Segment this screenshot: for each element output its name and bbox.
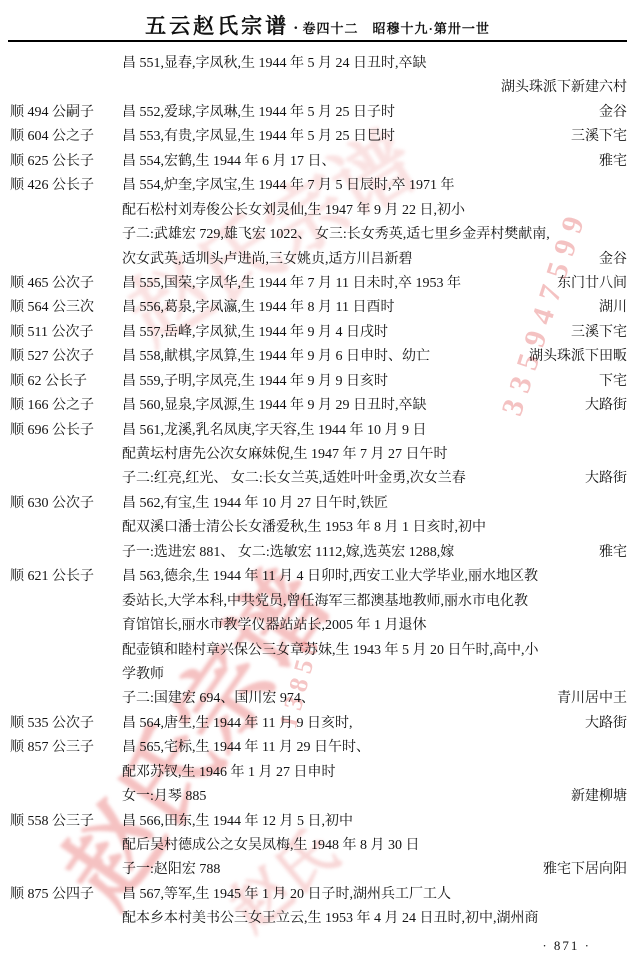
entry-row: 顺 696 公长子 昌 561,龙溪,乳名凤庚,字天容,生 1944 年 10 … <box>10 419 627 443</box>
entry-text: 配壶镇和睦村章兴保公三女章苏妹,生 1943 年 5 月 20 日午时,高中,小 <box>122 639 539 663</box>
entry-row: 子一:赵阳宏 788 雅宅下居向阳 <box>10 858 627 882</box>
entry-order-label: 顺 857 公三子 <box>10 736 122 760</box>
entry-text: 昌 556,葛泉,字凤瀛,生 1944 年 8 月 11 日酉时 <box>122 296 394 320</box>
entry-row: 配后吴村德成公之女吴凤梅,生 1948 年 8 月 30 日 <box>10 834 627 858</box>
entry-order-label: 顺 604 公之子 <box>10 125 122 149</box>
entry-place: 湖川 <box>599 296 627 320</box>
entry-text: 配黄坛村唐先公次女麻妹倪,生 1947 年 7 月 27 日午时 <box>122 443 448 467</box>
entry-row: 顺 564 公三次 昌 556,葛泉,字凤瀛,生 1944 年 8 月 11 日… <box>10 296 627 320</box>
entry-row: 委站长,大学本科,中共党员,曾任海军三都澳基地教师,丽水市电化教 <box>10 590 627 614</box>
entry-order-label: 顺 166 公之子 <box>10 394 122 418</box>
entry-row: 女一:月琴 885 新建柳塘 <box>10 785 627 809</box>
genealogy-page: 五云赵氏宗谱·卷四十二 昭穆十九·第卅一世 赵氏宗谱 335947599 赵氏宗… <box>0 0 635 968</box>
entry-row: 顺 426 公长子 昌 554,炉奎,字凤宝,生 1944 年 7 月 5 日辰… <box>10 174 627 198</box>
entry-text: 子二:国建宏 694、国川宏 974、 <box>122 687 315 711</box>
entry-text: 育馆馆长,丽水市教学仪器站站长,2005 年 1 月退休 <box>122 614 427 638</box>
entry-text: 昌 554,炉奎,字凤宝,生 1944 年 7 月 5 日辰时,卒 1971 年 <box>122 174 455 198</box>
entry-text: 子二:红亮,红光、 女二:长女兰英,适姓叶叶金勇,次女兰春 <box>122 467 466 491</box>
entry-order-label: 顺 564 公三次 <box>10 296 122 320</box>
entry-row: 配本乡本村美书公三女王立云,生 1953 年 4 月 24 日丑时,初中,湖州商 <box>10 907 627 931</box>
entry-row: 顺 535 公次子 昌 564,唐生,生 1944 年 11 月 9 日亥时, … <box>10 712 627 736</box>
entry-place: 新建柳塘 <box>571 785 627 809</box>
entry-text: 昌 554,宏鹤,生 1944 年 6 月 17 日、 <box>122 150 336 174</box>
entry-text: 昌 564,唐生,生 1944 年 11 月 9 日亥时, <box>122 712 352 736</box>
entry-row: 顺 875 公四子 昌 567,等军,生 1945 年 1 月 20 日子时,湖… <box>10 883 627 907</box>
entry-row: 次女武英,适圳头卢进尚,三女姚贞,适方川吕新碧 金谷 <box>10 248 627 272</box>
entry-text: 昌 565,宅标,生 1944 年 11 月 29 日午时、 <box>122 736 370 760</box>
entry-order-label: 顺 535 公次子 <box>10 712 122 736</box>
entry-text: 子一:选进宏 881、 女二:选敏宏 1112,嫁,选英宏 1288,嫁 <box>122 541 454 565</box>
entry-row: 配石松村刘寿俊公长女刘灵仙,生 1947 年 9 月 22 日,初小 <box>10 199 627 223</box>
header-divider <box>8 40 627 42</box>
entry-order-label: 顺 527 公次子 <box>10 345 122 369</box>
entry-text: 配石松村刘寿俊公长女刘灵仙,生 1947 年 9 月 22 日,初小 <box>122 199 465 223</box>
entry-order-label: 顺 465 公次子 <box>10 272 122 296</box>
page-number: · 871 · <box>542 938 591 954</box>
entry-row: 顺 558 公三子 昌 566,田东,生 1944 年 12 月 5 日,初中 <box>10 810 627 834</box>
entry-text: 昌 559,子明,字凤亮,生 1944 年 9 月 9 日亥时 <box>122 370 388 394</box>
title-separator: · <box>289 20 302 37</box>
entry-order-label: 顺 696 公长子 <box>10 419 122 443</box>
entry-text: 昌 552,爱球,字凤琳,生 1944 年 5 月 25 日子时 <box>122 101 395 125</box>
entry-row: 昌 551,显春,字凤秋,生 1944 年 5 月 24 日丑时,卒缺 <box>10 52 627 76</box>
entry-row: 配壶镇和睦村章兴保公三女章苏妹,生 1943 年 5 月 20 日午时,高中,小 <box>10 639 627 663</box>
entry-place: 三溪下宅 <box>571 321 627 345</box>
entry-row: 育馆馆长,丽水市教学仪器站站长,2005 年 1 月退休 <box>10 614 627 638</box>
page-header: 五云赵氏宗谱·卷四十二 昭穆十九·第卅一世 <box>0 10 635 40</box>
entry-order-label: 顺 625 公长子 <box>10 150 122 174</box>
entry-place: 大路街 <box>585 712 627 736</box>
entry-row: 学教师 <box>10 663 627 687</box>
entry-text: 配邓苏钗,生 1946 年 1 月 27 日申时 <box>122 761 336 785</box>
entry-text: 昌 558,献棋,字凤算,生 1944 年 9 月 6 日申时、幼亡 <box>122 345 430 369</box>
entry-place: 雅宅 <box>599 541 627 565</box>
entry-text: 昌 567,等军,生 1945 年 1 月 20 日子时,湖州兵工厂工人 <box>122 883 451 907</box>
entry-row: 顺 625 公长子 昌 554,宏鹤,生 1944 年 6 月 17 日、 雅宅 <box>10 150 627 174</box>
entry-row: 子二:国建宏 694、国川宏 974、 青川居中王 <box>10 687 627 711</box>
entry-order-label: 顺 558 公三子 <box>10 810 122 834</box>
entry-place: 湖头珠派下新建六村 <box>501 76 627 100</box>
entry-text: 昌 562,有宝,生 1944 年 10 月 27 日午时,铁匠 <box>122 492 388 516</box>
entry-text: 配本乡本村美书公三女王立云,生 1953 年 4 月 24 日丑时,初中,湖州商 <box>122 907 539 931</box>
entry-place: 雅宅下居向阳 <box>543 858 627 882</box>
entry-row: 顺 630 公次子 昌 562,有宝,生 1944 年 10 月 27 日午时,… <box>10 492 627 516</box>
entry-text: 女一:月琴 885 <box>122 785 206 809</box>
entry-row: 配黄坛村唐先公次女麻妹倪,生 1947 年 7 月 27 日午时 <box>10 443 627 467</box>
entry-place: 湖头珠派下田畈 <box>529 345 627 369</box>
entry-row: 子二:红亮,红光、 女二:长女兰英,适姓叶叶金勇,次女兰春 大路街 <box>10 467 627 491</box>
entry-text: 昌 557,岳峰,字凤狱,生 1944 年 9 月 4 日戌时 <box>122 321 388 345</box>
entry-row: 顺 604 公之子 昌 553,有贵,字凤显,生 1944 年 5 月 25 日… <box>10 125 627 149</box>
entry-row: 顺 527 公次子 昌 558,献棋,字凤算,生 1944 年 9 月 6 日申… <box>10 345 627 369</box>
entry-row: 顺 62 公长子 昌 559,子明,字凤亮,生 1944 年 9 月 9 日亥时… <box>10 370 627 394</box>
entry-row: 子一:选进宏 881、 女二:选敏宏 1112,嫁,选英宏 1288,嫁 雅宅 <box>10 541 627 565</box>
entry-text: 昌 566,田东,生 1944 年 12 月 5 日,初中 <box>122 810 353 834</box>
entry-text: 昌 553,有贵,字凤显,生 1944 年 5 月 25 日巳时 <box>122 125 395 149</box>
volume-subtitle: 卷四十二 昭穆十九·第卅一世 <box>303 21 490 36</box>
entry-place: 下宅 <box>599 370 627 394</box>
entry-order-label: 顺 494 公嗣子 <box>10 101 122 125</box>
entry-text: 昌 555,国荣,字凤华,生 1944 年 7 月 11 日未时,卒 1953 … <box>122 272 461 296</box>
book-title: 五云赵氏宗谱 <box>145 14 289 38</box>
entry-text: 配后吴村德成公之女吴凤梅,生 1948 年 8 月 30 日 <box>122 834 420 858</box>
entry-row: 湖头珠派下新建六村 <box>10 76 627 100</box>
entry-row: 顺 621 公长子 昌 563,德余,生 1944 年 11 月 4 日卯时,西… <box>10 565 627 589</box>
entry-row: 配邓苏钗,生 1946 年 1 月 27 日申时 <box>10 761 627 785</box>
entry-place: 雅宅 <box>599 150 627 174</box>
entry-text: 学教师 <box>122 663 164 687</box>
entry-place: 三溪下宅 <box>571 125 627 149</box>
entry-place: 金谷 <box>599 248 627 272</box>
entry-row: 顺 857 公三子 昌 565,宅标,生 1944 年 11 月 29 日午时、 <box>10 736 627 760</box>
entry-row: 顺 511 公次子 昌 557,岳峰,字凤狱,生 1944 年 9 月 4 日戌… <box>10 321 627 345</box>
entry-text: 子二:武雄宏 729,雄飞宏 1022、 女三:长女秀英,适七里乡金弄村樊献南, <box>122 223 550 247</box>
entry-text: 昌 560,显泉,字凤源,生 1944 年 9 月 29 日丑时,卒缺 <box>122 394 427 418</box>
entry-text: 昌 563,德余,生 1944 年 11 月 4 日卯时,西安工业大学毕业,丽水… <box>122 565 538 589</box>
entry-order-label: 顺 62 公长子 <box>10 370 122 394</box>
entry-text: 次女武英,适圳头卢进尚,三女姚贞,适方川吕新碧 <box>122 248 413 272</box>
entry-text: 昌 551,显春,字凤秋,生 1944 年 5 月 24 日丑时,卒缺 <box>122 52 427 76</box>
entry-row: 配双溪口潘士清公长女潘爱秋,生 1953 年 8 月 1 日亥时,初中 <box>10 516 627 540</box>
entry-place: 金谷 <box>599 101 627 125</box>
entry-row: 顺 465 公次子 昌 555,国荣,字凤华,生 1944 年 7 月 11 日… <box>10 272 627 296</box>
entry-order-label: 顺 511 公次子 <box>10 321 122 345</box>
entry-text: 配双溪口潘士清公长女潘爱秋,生 1953 年 8 月 1 日亥时,初中 <box>122 516 486 540</box>
entry-place: 东门廿八间 <box>557 272 627 296</box>
entry-place: 青川居中王 <box>557 687 627 711</box>
entry-place: 大路街 <box>585 467 627 491</box>
entry-row: 子二:武雄宏 729,雄飞宏 1022、 女三:长女秀英,适七里乡金弄村樊献南, <box>10 223 627 247</box>
entry-row: 顺 166 公之子 昌 560,显泉,字凤源,生 1944 年 9 月 29 日… <box>10 394 627 418</box>
entry-order-label: 顺 426 公长子 <box>10 174 122 198</box>
entry-row: 顺 494 公嗣子 昌 552,爱球,字凤琳,生 1944 年 5 月 25 日… <box>10 101 627 125</box>
entry-order-label: 顺 630 公次子 <box>10 492 122 516</box>
entry-text: 昌 561,龙溪,乳名凤庚,字天容,生 1944 年 10 月 9 日 <box>122 419 427 443</box>
entry-order-label: 顺 875 公四子 <box>10 883 122 907</box>
entry-place: 大路街 <box>585 394 627 418</box>
entry-text: 委站长,大学本科,中共党员,曾任海军三都澳基地教师,丽水市电化教 <box>122 590 528 614</box>
entries-list: 昌 551,显春,字凤秋,生 1944 年 5 月 24 日丑时,卒缺 湖头珠派… <box>10 52 627 932</box>
entry-text: 子一:赵阳宏 788 <box>122 858 220 882</box>
entry-order-label: 顺 621 公长子 <box>10 565 122 589</box>
